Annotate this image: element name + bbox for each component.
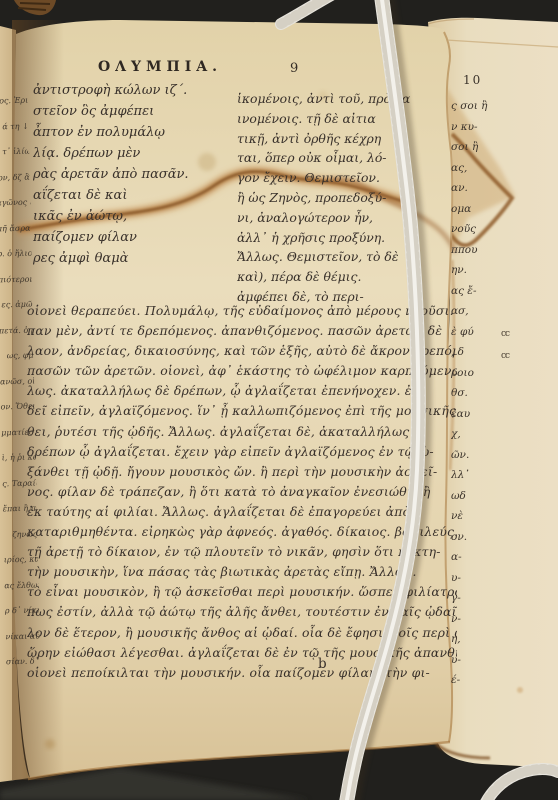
commentary-line: λαον, ἀνδρείας, δικαιοσύνης, καὶ τῶν ἑξῆ… (27, 341, 457, 361)
page-10-corner-line (446, 40, 558, 47)
verse-line: λίᾳ. δρέπων μὲν (33, 143, 238, 164)
gutter-fragment-line: ον, δζ ἃ (0, 164, 30, 190)
signature-mark: b (318, 656, 327, 672)
gutter-fragment-line: πετά. ὁ ῥ (0, 317, 33, 343)
commentary-line: λον δὲ ἕτερον, ἢ μουσικῆς ἄνθος αἱ ᾠδαί.… (27, 623, 457, 643)
page-number: 9 (290, 61, 298, 76)
foxing-spot (45, 739, 55, 749)
next-page-fragment-line: ροιο (451, 363, 509, 384)
next-page-fragment-line: α- (451, 547, 509, 568)
gutter-fragment-line: πιότερον, (0, 266, 32, 292)
commentary-block: οἱονεὶ θεραπεύει. Πολυμάλῳ, τῆς εὐδαίμον… (27, 301, 457, 683)
commentary-line: νος. φίλαν δὲ τράπεζαν, ἢ ὅτι κατὰ τὸ ἀν… (27, 482, 457, 502)
quotation-mark: cc (501, 351, 509, 361)
verse-line: ικᾶς ἐν ἀώτῳ, (33, 206, 238, 227)
scholia-column: ἱκομένοις, ἀντὶ τοῦ, πρὸς αινομένοις. τῇ… (237, 89, 449, 307)
commentary-line: θει, ῥυτέσι τῆς ᾠδῆς. Ἄλλως. ἀγλαΐζεται … (27, 422, 457, 442)
scholia-line: γον ἔχειν. Θεμιστεῖον. (237, 168, 449, 188)
commentary-line: τῇ ἀρετῇ τὸ δίκαιον, ἐν τῷ πλουτεῖν τὸ ν… (27, 542, 457, 562)
gutter-fragment-line: νίκαι αὐ. (5, 623, 40, 649)
next-page-fragment-line: ομα (451, 199, 509, 220)
scholia-line: τικῇ, ἀντὶ ὀρθῆς κέχρη (237, 129, 449, 149)
scholia-line: ἢ ὡς Ζηνὸς, προπεδοξύ- (237, 188, 449, 208)
gutter-fragment-line: ας ἔλθων (4, 572, 39, 598)
next-page-fragment-line: έ- (451, 670, 509, 691)
gutter-fragment-line: πῆ ἄσρα. (0, 215, 31, 241)
foxing-spot (517, 687, 523, 693)
next-page-fragment-line: ον. (451, 527, 509, 548)
scholia-line: νι, ἀναλογώτερον ἦν, (237, 208, 449, 228)
gutter-fragment-line: ανῶσ, οἱ (0, 368, 34, 394)
verse-line: ρὰς ἀρετᾶν ἀπὸ πασᾶν. (33, 164, 238, 185)
verse-line: στεῖον ὃς ἀμφέπει (33, 101, 238, 122)
spine-headband-stripes (18, 3, 50, 10)
next-page-fragment-line: ν- (451, 609, 509, 630)
commentary-line: παν μὲν, ἀντί τε δρεπόμενος. ἀπανθιζόμεν… (27, 321, 457, 341)
spine-headband (14, 0, 56, 15)
commentary-line: ἐκ ταύτης αἱ φιλίαι. Ἄλλως. ἀγλαΐζεται δ… (27, 502, 457, 522)
gutter-fragment-line: ς. Ταραίω (2, 470, 37, 496)
next-page-fragment-line: υ- (451, 568, 509, 589)
commentary-line: λως. ἀκαταλλήλως δὲ δρέπων, ᾧ ἀγλαΐζεται… (27, 381, 457, 401)
scholia-line: ἱκομένοις, ἀντὶ τοῦ, πρὸς α (237, 89, 449, 109)
next-page-fragment-line: ῶν. (451, 445, 509, 466)
next-page-fragment-line: ππου (451, 240, 509, 261)
scholia-line: Ἄλλως. Θεμιστεῖον, τὸ δὲ (237, 247, 449, 267)
gutter-fragment-line: ρ. ὁ ἥλιος (0, 241, 32, 267)
book-photograph: ΟΛΥΜΠΙΑ. 9 ἀντιστροφὴ κώλων ιζ΄.στεῖον ὃ… (0, 0, 558, 800)
cord-top-strand (281, 0, 333, 24)
next-page-fragment-line: ας, (451, 158, 509, 179)
next-page-fragment-line: χ, (451, 424, 509, 445)
gutter-fragment-line: ρος. Ἐρι (0, 88, 28, 114)
next-page-fragment-line: η, (451, 629, 509, 650)
gutter-fragment-line: ὶ, ἡ ῥι κω (1, 445, 36, 471)
gutter-fragment-line: μματίεσ. (1, 419, 36, 445)
next-page-fragment-line: θσ. (451, 383, 509, 404)
next-page-fragments: ς σοι ἢν κυ-σοι ἢας,αν.ομανοῦςππουην.ας … (451, 96, 509, 706)
gutter-fragment-line: ως, φμ (0, 343, 34, 369)
verse-line: παίζομεν φίλαν (33, 227, 238, 248)
verse-column: ἀντιστροφὴ κώλων ιζ΄.στεῖον ὃς ἀμφέπειἆπ… (33, 80, 238, 269)
next-page-fragment-line: ωδ (451, 486, 509, 507)
next-page-fragment-line: υ- (451, 650, 509, 671)
commentary-line: οἱονεὶ πεποίκιλται τὴν μουσικήν. οἷα παί… (27, 663, 457, 683)
page-10-bottom-corner (436, 744, 490, 758)
commentary-line: τὸ εἶναι μουσικὸν, ἢ τῷ ἀσκεῖσθαι περὶ μ… (27, 582, 457, 602)
commentary-line: ὥρην εἰώθασι λέγεσθαι. ἀγλαΐζεται δὲ ἐν … (27, 643, 457, 663)
gutter-fragment-line: ζ τ᾽ ἰλίω (0, 139, 30, 165)
page-9-bottom-edge (28, 742, 450, 779)
commentary-line: δεῖ εἰπεῖν, ἀγλαϊζόμενος. ἵν᾽ ᾖ καλλωπιζ… (27, 401, 457, 421)
commentary-line: καταριθμηθέντα. εἰρηκὼς γὰρ ἀφνεός. ἀγαθ… (27, 522, 457, 542)
backdrop-highlight (0, 768, 310, 800)
next-page-fragment-line: νὲ (451, 506, 509, 527)
next-page-fragment-line: γ- (451, 588, 509, 609)
next-page-fragment-line: λλ᾽ (451, 465, 509, 486)
next-page-fragment-line: σοι ἢ (451, 137, 509, 158)
cord-bottom-strand (484, 769, 558, 800)
commentary-line: δρέπων ᾧ ἀγλαΐζεται. ἔχειν γὰρ εἰπεῖν ἀγ… (27, 442, 457, 462)
gutter-fragment-line: ες. ἀμῶ (0, 292, 33, 318)
commentary-line: πως ἐστίν, ἀλλὰ τῷ ἀώτῳ τῆς ἀλῆς ἄνθει, … (27, 602, 457, 622)
next-page-fragment-line: νοῦς (451, 219, 509, 240)
quotation-mark: cc (501, 329, 509, 339)
gutter-fragment-line: ά τη ↓ (0, 113, 29, 139)
scholia-line: ινομένοις. τῇ δὲ αἰτια (237, 109, 449, 129)
scholia-line: ἀλλ᾽ ἡ χρῆσις προξύνη. (237, 228, 449, 248)
next-page-fragment-line: ην. (451, 260, 509, 281)
commentary-line: οἱονεὶ θεραπεύει. Πολυμάλῳ, τῆς εὐδαίμον… (27, 301, 457, 321)
next-page-fragment-line: ας ἔ- (451, 281, 509, 302)
gutter-fragment-line: ἔπαι ἢ πε (2, 496, 37, 522)
next-page-fragment-line: ς σοι ἢ (451, 96, 509, 117)
verse-line: αΐζεται δὲ καὶ (33, 185, 238, 206)
commentary-line: πασῶν τῶν ἀρετῶν. οἱονεὶ, ἀφ᾽ ἑκάστης τὸ… (27, 361, 457, 381)
scholia-line: καὶ), πέρα δὲ θέμις. (237, 267, 449, 287)
page-10-top-corner (428, 19, 474, 24)
next-page-fragment-line: ν κυ- (451, 117, 509, 138)
gutter-fragment-line: ον. Ὅθεν ὁ (0, 394, 35, 420)
next-page-fragment-line: ασ, (451, 301, 509, 322)
scholia-line: ται, ὅπερ οὐκ οἶμαι, λό- (237, 148, 449, 168)
verse-line: ρες ἀμφὶ θαμὰ (33, 248, 238, 269)
verse-line: ἆπτον ἐν πολυμάλῳ (33, 122, 238, 143)
gutter-fragment-line: ζηνῶς (3, 521, 38, 547)
verse-line: ἀντιστροφὴ κώλων ιζ΄. (33, 80, 238, 101)
gutter-fragment-line: ρ δ᾽ νίκης (5, 598, 40, 624)
next-page-number: 10 (463, 73, 482, 87)
gutter-fragment-line: ιρίος, και (4, 547, 39, 573)
next-page-fragment-line: αν. (451, 178, 509, 199)
gutter-fragment-line: ἀγῶνος ξ. (0, 190, 31, 216)
gutter-fragment-line: σίαν. δ᾽ ἢ (6, 649, 40, 669)
commentary-line: τὴν μουσικὴν, ἵνα πάσας τὰς βιωτικὰς ἀρε… (27, 562, 457, 582)
running-title: ΟΛΥΜΠΙΑ. (95, 59, 225, 75)
next-page-fragment-line: ἑαυ (451, 404, 509, 425)
commentary-line: ξάνθει τῇ ᾠδῇ. ἤγουν μουσικὸς ὤν. ἢ περὶ… (27, 462, 457, 482)
